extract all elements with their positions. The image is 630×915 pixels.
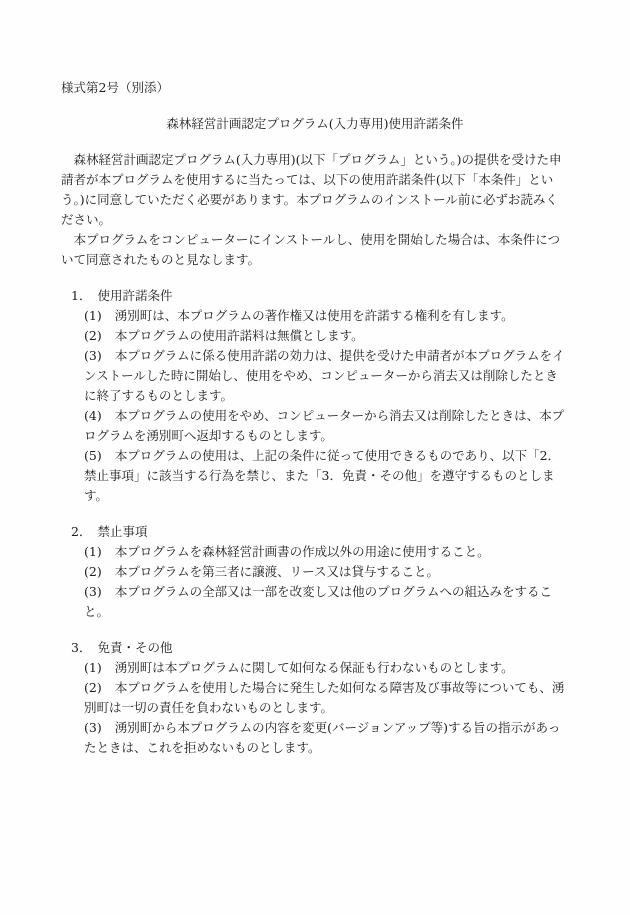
item-number: (2) bbox=[84, 328, 102, 343]
item-text: 本プログラムの全部又は一部を改変し又は他のプログラムへの組込みをすること。 bbox=[84, 584, 552, 619]
section-heading: 1．使用許諾条件 bbox=[71, 286, 569, 306]
form-number-label: 様式第2号（別添） bbox=[61, 78, 569, 98]
section-heading-text: 禁止事項 bbox=[97, 524, 147, 539]
item-text: 本プログラムを使用した場合に発生した如何なる障害及び事故等についても、湧別町は一… bbox=[84, 680, 564, 715]
section-heading: 2．禁止事項 bbox=[71, 522, 569, 542]
item-number: (1) bbox=[84, 544, 102, 559]
item-number: (3) bbox=[84, 348, 102, 363]
list-item: (4)本プログラムの使用をやめ、コンピューターから消去又は削除したときは、本プロ… bbox=[84, 406, 569, 446]
document-content: 様式第2号（別添） 森林経営計画認定プログラム(入力専用)使用許諾条件 森林経営… bbox=[61, 78, 569, 758]
document-title: 森林経営計画認定プログラム(入力専用)使用許諾条件 bbox=[61, 114, 569, 134]
item-text: 湧別町は、本プログラムの著作権又は使用を許諾する権利を有します。 bbox=[115, 308, 514, 323]
list-item: (1)湧別町は本プログラムに関して如何なる保証も行わないものとします。 bbox=[84, 658, 569, 678]
list-item: (3)本プログラムの全部又は一部を改変し又は他のプログラムへの組込みをすること。 bbox=[84, 582, 569, 622]
section-disclaimer: 3．免責・その他 (1)湧別町は本プログラムに関して如何なる保証も行わないものと… bbox=[61, 638, 569, 758]
item-text: 本プログラムの使用をやめ、コンピューターから消去又は削除したときは、本プログラム… bbox=[84, 408, 564, 443]
intro-paragraph: 森林経営計画認定プログラム(入力専用)(以下「プログラム」という。)の提供を受け… bbox=[61, 150, 569, 230]
item-number: (3) bbox=[84, 720, 102, 735]
item-number: (4) bbox=[84, 408, 102, 423]
item-number: (2) bbox=[84, 564, 102, 579]
intro-paragraphs: 森林経営計画認定プログラム(入力専用)(以下「プログラム」という。)の提供を受け… bbox=[61, 150, 569, 270]
item-number: (2) bbox=[84, 680, 102, 695]
document-page: 様式第2号（別添） 森林経営計画認定プログラム(入力専用)使用許諾条件 森林経営… bbox=[0, 0, 630, 915]
section-number: 2． bbox=[71, 524, 91, 539]
list-item: (3)本プログラムに係る使用許諾の効力は、提供を受けた申請者が本プログラムをイン… bbox=[84, 346, 569, 406]
list-item: (1)湧別町は、本プログラムの著作権又は使用を許諾する権利を有します。 bbox=[84, 306, 569, 326]
list-item: (5)本プログラムの使用は、上記の条件に従って使用できるものであり、以下「2．禁… bbox=[84, 446, 569, 506]
item-text: 湧別町から本プログラムの内容を変更(バージョンアップ等)する旨の指示があったとき… bbox=[84, 720, 560, 755]
item-text: 湧別町は本プログラムに関して如何なる保証も行わないものとします。 bbox=[115, 660, 514, 675]
item-text: 本プログラムを森林経営計画書の作成以外の用途に使用すること。 bbox=[115, 544, 490, 559]
section-number: 3． bbox=[71, 640, 91, 655]
item-number: (5) bbox=[84, 448, 102, 463]
item-number: (1) bbox=[84, 308, 102, 323]
list-item: (2)本プログラムを第三者に譲渡、リース又は貸与すること。 bbox=[84, 562, 569, 582]
section-heading-text: 免責・その他 bbox=[97, 640, 172, 655]
list-item: (3)湧別町から本プログラムの内容を変更(バージョンアップ等)する旨の指示があっ… bbox=[84, 718, 569, 758]
intro-paragraph: 本プログラムをコンピューターにインストールし、使用を開始した場合は、本条件につい… bbox=[61, 230, 569, 270]
section-license-terms: 1．使用許諾条件 (1)湧別町は、本プログラムの著作権又は使用を許諾する権利を有… bbox=[61, 286, 569, 506]
list-item: (2)本プログラムを使用した場合に発生した如何なる障害及び事故等についても、湧別… bbox=[84, 678, 569, 718]
item-text: 本プログラムの使用許諾料は無償とします。 bbox=[115, 328, 364, 343]
section-prohibited-acts: 2．禁止事項 (1)本プログラムを森林経営計画書の作成以外の用途に使用すること。… bbox=[61, 522, 569, 622]
item-number: (1) bbox=[84, 660, 102, 675]
item-text: 本プログラムに係る使用許諾の効力は、提供を受けた申請者が本プログラムをインストー… bbox=[84, 348, 564, 403]
section-heading: 3．免責・その他 bbox=[71, 638, 569, 658]
section-number: 1． bbox=[71, 288, 91, 303]
section-heading-text: 使用許諾条件 bbox=[97, 288, 172, 303]
item-number: (3) bbox=[84, 584, 102, 599]
item-text: 本プログラムの使用は、上記の条件に従って使用できるものであり、以下「2．禁止事項… bbox=[84, 448, 560, 503]
list-item: (1)本プログラムを森林経営計画書の作成以外の用途に使用すること。 bbox=[84, 542, 569, 562]
list-item: (2)本プログラムの使用許諾料は無償とします。 bbox=[84, 326, 569, 346]
item-text: 本プログラムを第三者に譲渡、リース又は貸与すること。 bbox=[115, 564, 439, 579]
